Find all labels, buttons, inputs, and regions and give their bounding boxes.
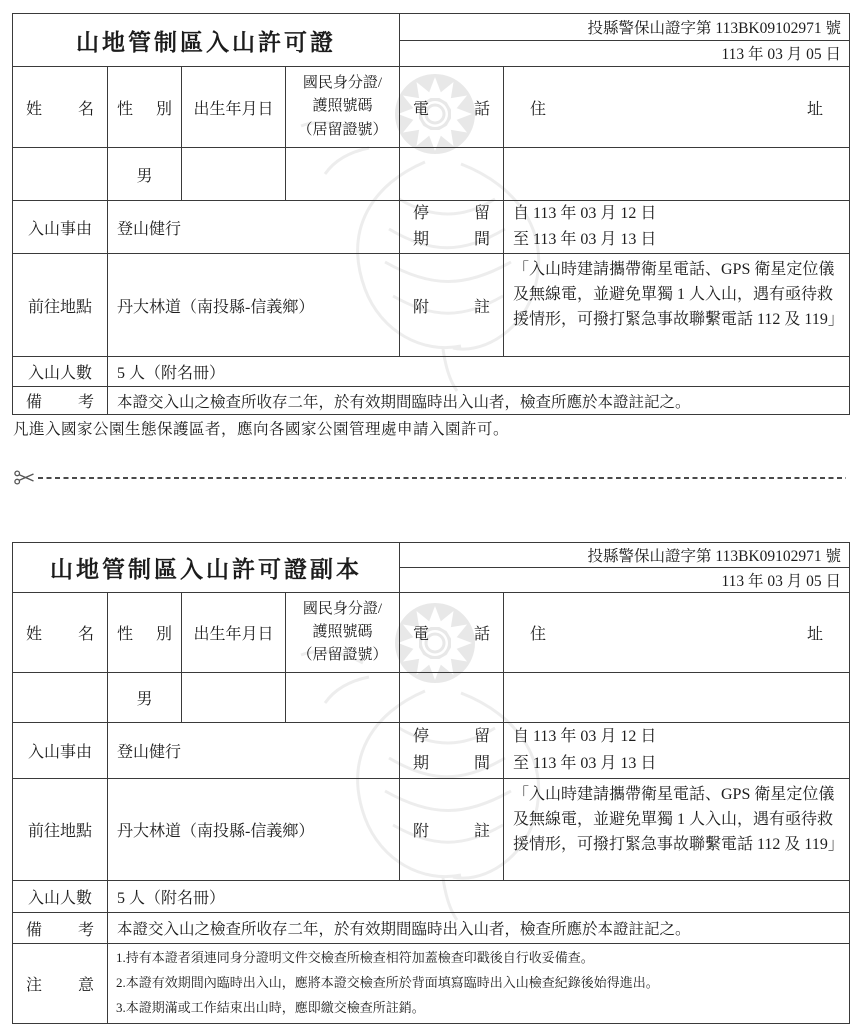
stay-period-label: 停留 期間 [400,723,504,779]
member-row: 男 [13,673,849,723]
stay-from: 自 113 年 03 月 12 日 [513,201,656,227]
serial-number: 投縣警保山證字第 113BK09102971 號 [400,543,849,568]
col-header-id-number: 國民身分證/ 護照號碼 （居留證號） [286,67,400,148]
serial-block: 投縣警保山證字第 113BK09102971 號 113 年 03 月 05 日 [400,543,849,593]
destination-value: 丹大林道（南投縣-信義鄉） [108,254,400,357]
title-row: 山地管制區入山許可證 投縣警保山證字第 113BK09102971 號 113 … [13,14,849,67]
note-value: 「入山時建請攜帶衛星電話、GPS 衛星定位儀及無線電，並避免單獨 1 人入山，遇… [504,254,849,357]
remark-value: 本證交入山之檢查所收存二年，於有效期間臨時出入山者，檢查所應於本證註記之。 [108,387,849,414]
remark-label: 備考 [13,913,108,944]
serial-number: 投縣警保山證字第 113BK09102971 號 [400,14,849,41]
count-value: 5 人（附名冊） [108,357,849,387]
member-id-cell [286,673,400,723]
member-id-cell [286,148,400,201]
header-row: 姓名 性別 出生年月日 國民身分證/ 護照號碼 （居留證號） 電話 [13,67,849,148]
stay-to: 至 113 年 03 月 13 日 [513,751,656,777]
notice-items: 1.持有本證者須連同身分證明文件交檢查所檢查相符加蓋檢查印戳後自行收妥備查。 2… [108,944,849,1023]
notice-row: 注意 1.持有本證者須連同身分證明文件交檢查所檢查相符加蓋檢查印戳後自行收妥備查… [13,944,849,1023]
notice-item: 3.本證期滿或工作結束出山時，應即繳交檢查所註銷。 [116,996,425,1021]
reason-label: 入山事由 [13,201,108,254]
col-header-birthdate: 出生年月日 [182,593,286,673]
serial-block: 投縣警保山證字第 113BK09102971 號 113 年 03 月 05 日 [400,14,849,67]
member-birth-cell [182,148,286,201]
destination-row: 前往地點 丹大林道（南投縣-信義鄉） 附註 「入山時建請攜帶衛星電話、GPS 衛… [13,254,849,357]
member-address-cell [504,148,849,201]
col-header-name: 姓名 [13,593,108,673]
member-gender-cell: 男 [108,148,182,201]
park-permit-note: 凡進入國家公園生態保護區者，應向各國家公園管理處申請入園許可。 [13,417,509,439]
note-value: 「入山時建請攜帶衛星電話、GPS 衛星定位儀及無線電，並避免單獨 1 人入山，遇… [504,779,849,881]
permit-sheet: 山地管制區入山許可證 投縣警保山證字第 113BK09102971 號 113 … [0,0,860,1024]
member-gender-cell: 男 [108,673,182,723]
member-phone-cell [400,673,504,723]
member-name-cell [13,673,108,723]
issue-date: 113 年 03 月 05 日 [400,568,849,592]
permit-copy: 山地管制區入山許可證副本 投縣警保山證字第 113BK09102971 號 11… [12,542,850,1024]
remark-row: 備考 本證交入山之檢查所收存二年，於有效期間臨時出入山者，檢查所應於本證註記之。 [13,913,849,944]
notice-item: 1.持有本證者須連同身分證明文件交檢查所檢查相符加蓋檢查印戳後自行收妥備查。 [116,946,594,971]
reason-value: 登山健行 [108,201,400,254]
note-label: 附註 [400,254,504,357]
stay-period-value: 自 113 年 03 月 12 日 至 113 年 03 月 13 日 [504,201,849,254]
col-header-address: 住址 [504,67,849,148]
remark-row: 備考 本證交入山之檢查所收存二年，於有效期間臨時出入山者，檢查所應於本證註記之。 [13,387,849,414]
stay-period-label: 停留 期間 [400,201,504,254]
col-header-phone: 電話 [400,67,504,148]
permit-copy-rows: 山地管制區入山許可證副本 投縣警保山證字第 113BK09102971 號 11… [13,543,849,1023]
reason-row: 入山事由 登山健行 停留 期間 自 113 年 03 月 12 日 至 113 … [13,201,849,254]
stay-from: 自 113 年 03 月 12 日 [513,724,656,750]
col-header-gender: 性別 [108,67,182,148]
col-header-birthdate: 出生年月日 [182,67,286,148]
count-row: 入山人數 5 人（附名冊） [13,881,849,913]
reason-label: 入山事由 [13,723,108,779]
destination-label: 前往地點 [13,779,108,881]
scissors-icon [14,470,36,485]
permit-title: 山地管制區入山許可證 [13,14,400,67]
col-header-id-number: 國民身分證/ 護照號碼 （居留證號） [286,593,400,673]
destination-label-text: 前往地點 [28,818,92,841]
count-row: 入山人數 5 人（附名冊） [13,357,849,387]
reason-row: 入山事由 登山健行 停留 期間 自 113 年 03 月 12 日 至 113 … [13,723,849,779]
issue-date: 113 年 03 月 05 日 [400,41,849,67]
permit-original-rows: 山地管制區入山許可證 投縣警保山證字第 113BK09102971 號 113 … [13,14,849,414]
col-header-address: 住址 [504,593,849,673]
col-header-gender: 性別 [108,593,182,673]
member-phone-cell [400,148,504,201]
count-label: 入山人數 [13,881,108,913]
note-label: 附註 [400,779,504,881]
count-label: 入山人數 [13,357,108,387]
destination-value: 丹大林道（南投縣-信義鄉） [108,779,400,881]
stay-period-value: 自 113 年 03 月 12 日 至 113 年 03 月 13 日 [504,723,849,779]
remark-label: 備考 [13,387,108,414]
remark-value: 本證交入山之檢查所收存二年，於有效期間臨時出入山者，檢查所應於本證註記之。 [108,913,849,944]
title-row: 山地管制區入山許可證副本 投縣警保山證字第 113BK09102971 號 11… [13,543,849,593]
stay-to: 至 113 年 03 月 13 日 [513,227,656,253]
header-row: 姓名 性別 出生年月日 國民身分證/ 護照號碼 （居留證號） 電話 [13,593,849,673]
destination-row: 前往地點 丹大林道（南投縣-信義鄉） 附註 「入山時建請攜帶衛星電話、GPS 衛… [13,779,849,881]
dashed-cut-rule [38,477,846,479]
destination-label: 前往地點 [13,254,108,357]
reason-value: 登山健行 [108,723,400,779]
notice-label: 注意 [13,944,108,1023]
member-birth-cell [182,673,286,723]
notice-item: 2.本證有效期間內臨時出入山，應將本證交檢查所於背面填寫臨時出入山檢查紀錄後始得… [116,971,659,996]
permit-title: 山地管制區入山許可證副本 [13,543,400,593]
cut-line [14,470,846,485]
col-header-name: 姓名 [13,67,108,148]
destination-label-text: 前往地點 [28,294,92,317]
count-value: 5 人（附名冊） [108,881,849,913]
member-name-cell [13,148,108,201]
member-row: 男 [13,148,849,201]
col-header-phone: 電話 [400,593,504,673]
permit-original: 山地管制區入山許可證 投縣警保山證字第 113BK09102971 號 113 … [12,13,850,415]
member-address-cell [504,673,849,723]
